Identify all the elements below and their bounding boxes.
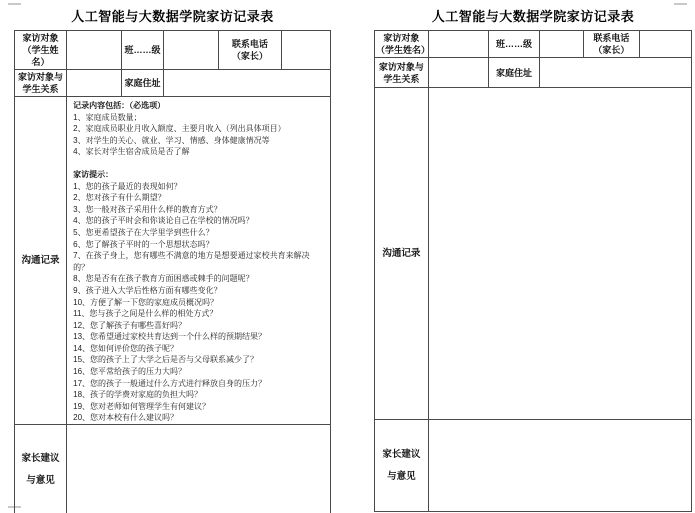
list-item: 3、对学生的关心、就业、学习、情感、身体健康情况等 xyxy=(73,135,325,147)
list-item: 15、您的孩子上了大学之后是否与父母联系减少了？ xyxy=(73,354,325,366)
class-grade-label: 班……级 xyxy=(122,31,163,70)
parent-phone-input-cell[interactable] xyxy=(639,31,691,58)
list-item: 2、家庭成员职业月收入额度、主要月收入（列出具体项目） xyxy=(73,123,325,135)
list-item: 1、家庭成员数量； xyxy=(73,112,325,124)
left-form-sheet: 人工智能与大数据学院家访记录表 家访对象 （学生姓名） 班……级 联系电话 （家… xyxy=(14,0,331,513)
list-item: 13、您希望通过家校共育达到一个什么样的预期结果？ xyxy=(73,331,325,343)
required-content-list: 1、家庭成员数量；2、家庭成员职业月收入额度、主要月收入（列出具体项目）3、对学… xyxy=(73,112,325,158)
list-item: 6、您了解孩子平时的一个思想状态吗？ xyxy=(73,239,325,251)
list-item: 5、您更希望孩子在大学里学到些什么？ xyxy=(73,227,325,239)
home-address-input-cell[interactable] xyxy=(539,58,691,88)
list-item: 14、您如何评价您的孩子呢？ xyxy=(73,343,325,355)
communication-content-cell[interactable] xyxy=(428,88,691,420)
visit-target-label: 家访对象 （学生姓名） xyxy=(15,31,67,70)
communication-record-label: 沟通记录 xyxy=(15,97,67,425)
form-title: 人工智能与大数据学院家访记录表 xyxy=(374,6,692,25)
class-grade-label: 班……级 xyxy=(489,31,540,58)
communication-content-cell: 记录内容包括：（必选项） 1、家庭成员数量；2、家庭成员职业月收入额度、主要月收… xyxy=(67,97,331,425)
list-item: 4、您的孩子平时会和你谈论自己在学校的情况吗？ xyxy=(73,215,325,227)
right-form-sheet: 人工智能与大数据学院家访记录表 家访对象 （学生姓名） 班……级 联系电话 （家… xyxy=(374,0,692,512)
parent-suggestion-input-cell[interactable] xyxy=(428,420,691,512)
parent-suggestion-label: 家长建议 与意见 xyxy=(15,425,67,513)
visit-tips-list: 1、您的孩子最近的表现如何？2、您对孩子有什么期望？3、您一般对孩子采用什么样的… xyxy=(73,181,325,424)
parent-phone-input-cell[interactable] xyxy=(281,31,330,70)
list-item: 19、您对老师如何管理学生有何建议？ xyxy=(73,401,325,413)
list-item: 16、您平常给孩子的压力大吗？ xyxy=(73,366,325,378)
list-item: 20、您对本校有什么建议吗？ xyxy=(73,412,325,424)
list-item: 1、您的孩子最近的表现如何？ xyxy=(73,181,325,193)
required-content-heading: 记录内容包括：（必选项） xyxy=(73,100,325,112)
form-title: 人工智能与大数据学院家访记录表 xyxy=(14,6,331,25)
parent-phone-label: 联系电话 （家长） xyxy=(218,31,281,70)
relation-label: 家访对象与 学生关系 xyxy=(15,70,67,97)
visit-target-label: 家访对象 （学生姓名） xyxy=(375,31,429,58)
home-address-input-cell[interactable] xyxy=(163,70,331,97)
student-name-input-cell[interactable] xyxy=(428,31,488,58)
list-item: 7、在孩子身上，您有哪些不满意的地方是想要通过家校共育来解决的？ xyxy=(73,250,325,273)
parent-suggestion-input-cell[interactable] xyxy=(67,425,331,513)
home-visit-form-table: 家访对象 （学生姓名） 班……级 联系电话 （家长） 家访对象与 学生关系 xyxy=(14,30,331,513)
list-item: 10、方便了解一下您的家庭成员概况吗？ xyxy=(73,297,325,309)
home-address-label: 家庭住址 xyxy=(489,58,540,88)
list-item: 18、孩子的学费对家庭的负担大吗？ xyxy=(73,389,325,401)
class-grade-input-cell[interactable] xyxy=(163,31,218,70)
list-item: 3、您一般对孩子采用什么样的教育方式？ xyxy=(73,204,325,216)
relation-input-cell[interactable] xyxy=(67,70,122,97)
student-name-input-cell[interactable] xyxy=(67,31,122,70)
visit-tips-heading: 家访提示： xyxy=(73,169,325,181)
relation-input-cell[interactable] xyxy=(428,58,488,88)
list-item: 12、您了解孩子有哪些喜好吗？ xyxy=(73,320,325,332)
list-item: 9、孩子进入大学后性格方面有哪些变化？ xyxy=(73,285,325,297)
parent-phone-label: 联系电话 （家长） xyxy=(584,31,639,58)
list-item: 2、您对孩子有什么期望？ xyxy=(73,192,325,204)
list-item: 8、您是否有在孩子教育方面困惑或棘手的问题呢？ xyxy=(73,273,325,285)
home-address-label: 家庭住址 xyxy=(122,70,163,97)
document-canvas: 人工智能与大数据学院家访记录表 家访对象 （学生姓名） 班……级 联系电话 （家… xyxy=(0,0,695,513)
list-item: 17、您的孩子一般通过什么方式进行释放自身的压力？ xyxy=(73,378,325,390)
relation-label: 家访对象与 学生关系 xyxy=(375,58,429,88)
home-visit-form-table: 家访对象 （学生姓名） 班……级 联系电话 （家长） 家访对象与 学生关系 xyxy=(374,30,692,512)
list-item: 4、家长对学生宿舍成员是否了解 xyxy=(73,146,325,158)
communication-record-label: 沟通记录 xyxy=(375,88,429,420)
list-item: 11、您与孩子之间是什么样的相处方式？ xyxy=(73,308,325,320)
parent-suggestion-label: 家长建议 与意见 xyxy=(375,420,429,512)
class-grade-input-cell[interactable] xyxy=(539,31,583,58)
